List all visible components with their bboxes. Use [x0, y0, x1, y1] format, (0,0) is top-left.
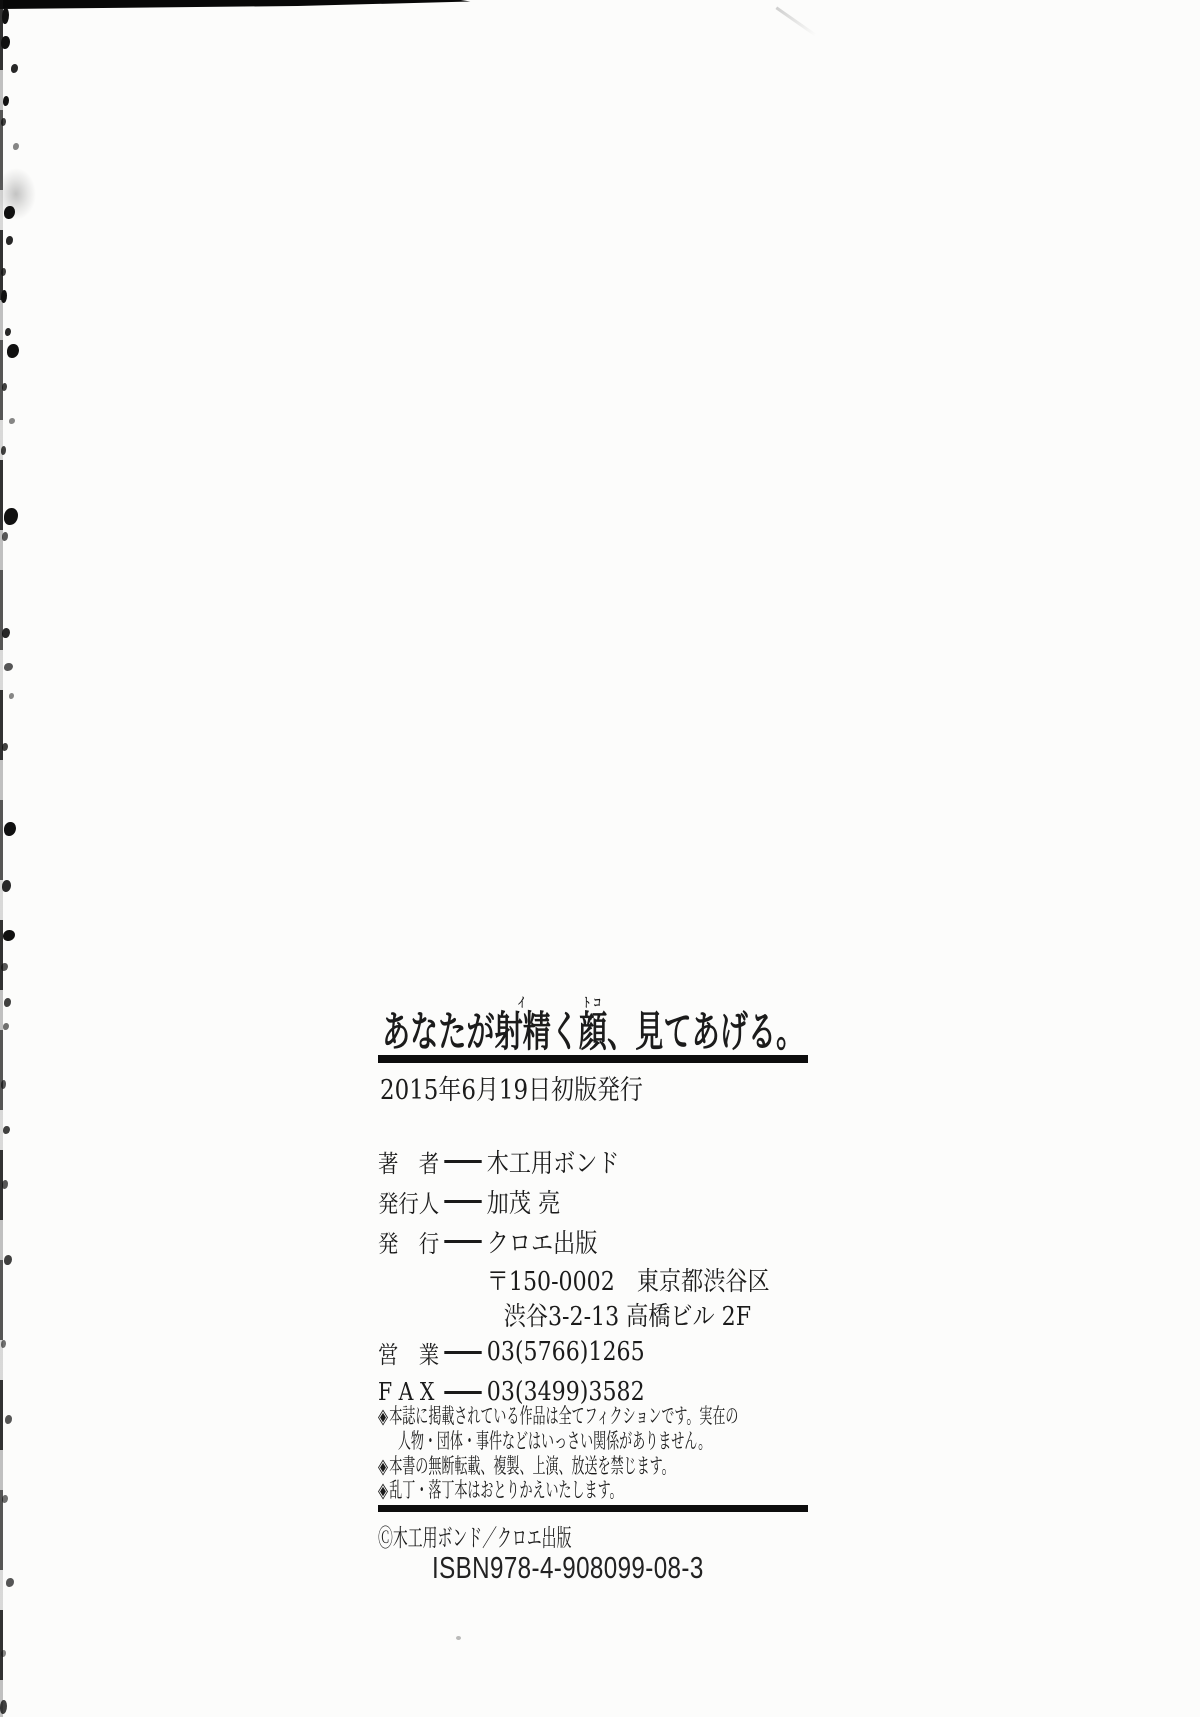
- scan-noise-blob: [1, 36, 10, 49]
- scan-noise-blob: [7, 344, 19, 358]
- scan-noise-blob: [1, 118, 6, 126]
- scan-noise-blob: [5, 1415, 12, 1424]
- publisher-address-line2: 渋谷3-2-13 高橋ビル 2F: [378, 1296, 751, 1332]
- dash-line: [444, 1391, 481, 1394]
- title-divider-rule: [378, 1055, 808, 1063]
- scan-noise-blob: [2, 383, 7, 391]
- scan-noise-blob: [9, 693, 14, 699]
- scan-noise-blob: [0, 1700, 7, 1714]
- diamond-bullet-icon: ◈: [378, 1478, 388, 1502]
- scan-noise-blob: [3, 1126, 10, 1134]
- note-fiction-disclaimer-cont: 人物・団体・事件などはいっさい関係がありません。: [378, 1429, 711, 1454]
- note-text: 乱丁・落丁本はおとりかえいたします。: [389, 1478, 622, 1502]
- scan-noise-blob: [4, 822, 16, 836]
- title-ruby-base: 顔: [579, 1007, 607, 1056]
- diamond-bullet-icon: ◈: [378, 1454, 388, 1478]
- scan-noise-blob: [2, 1495, 8, 1503]
- title-ruby-base: 射精: [495, 1007, 551, 1056]
- colophon-row-publisher: 発 行 クロエ出版: [378, 1223, 597, 1259]
- row-value: 加茂 亮: [487, 1183, 560, 1220]
- colophon-row-author: 著 者 木工用ボンド: [378, 1143, 619, 1179]
- scan-noise-blob: [13, 143, 19, 150]
- note-defective-copies: ◈乱丁・落丁本はおとりかえいたします。: [378, 1478, 623, 1503]
- scan-noise-blob: [3, 1023, 9, 1030]
- scan-noise-blob: [2, 743, 8, 751]
- scan-noise-blob: [3, 96, 9, 106]
- note-text: 本誌に掲載されている作品は全てフィクションです。実在の: [389, 1404, 738, 1428]
- isbn-number: ISBN978-4-908099-08-3: [432, 1550, 704, 1586]
- scan-noise-blob: [5, 328, 11, 336]
- scan-noise-blob: [1, 1340, 6, 1348]
- scan-noise-blob: [3, 930, 15, 941]
- scan-noise-blob: [2, 1180, 8, 1189]
- scan-scratch: [775, 7, 816, 37]
- scan-speck: [456, 1636, 461, 1640]
- dash-line: [444, 1240, 481, 1243]
- scan-noise-blob: [4, 998, 11, 1007]
- scan-noise-blob: [2, 628, 10, 638]
- edition-date: 2015年6月19日初版発行: [380, 1068, 643, 1107]
- note-text: 人物・団体・事件などはいっさい関係がありません。: [398, 1429, 711, 1453]
- publisher-address-line1: 〒150-0002 東京都渋谷区: [378, 1261, 770, 1297]
- scan-noise-blob: [1, 446, 6, 455]
- colophon-page: あなたが射精イく顔トコ、見てあげる。 2015年6月19日初版発行 著 者 木工…: [0, 0, 1200, 1717]
- scan-noise-blob: [11, 64, 18, 73]
- row-value: 03(5766)1265: [487, 1337, 645, 1367]
- scan-noise-blob: [1, 1650, 6, 1657]
- note-text: 本書の無断転載、複製、上演、放送を禁じます。: [389, 1454, 674, 1478]
- scan-noise-blob: [2, 880, 11, 892]
- note-fiction-disclaimer: ◈本誌に掲載されている作品は全てフィクションです。実在の: [378, 1404, 738, 1429]
- scan-noise-blob: [4, 663, 13, 671]
- diamond-bullet-icon: ◈: [378, 1404, 388, 1428]
- row-label: 営 業: [378, 1335, 443, 1370]
- row-label: 発 行: [378, 1224, 443, 1259]
- title-ruby-text: イ: [495, 996, 551, 1011]
- title-ruby-text: トコ: [579, 996, 607, 1011]
- book-title: あなたが射精イく顔トコ、見てあげる。: [382, 996, 804, 1055]
- scan-edge-top: [0, 0, 480, 10]
- dash-line: [444, 1200, 481, 1203]
- scan-noise-blob: [1, 963, 8, 971]
- row-value: 木工用ボンド: [487, 1143, 620, 1180]
- scan-noise-blob: [1, 1080, 6, 1089]
- row-value: 03(3499)3582: [487, 1377, 645, 1407]
- scan-noise-blob: [6, 236, 13, 245]
- scan-noise-blob: [1, 290, 7, 303]
- scan-noise-blob: [4, 508, 18, 525]
- scan-noise-blob: [4, 1255, 12, 1265]
- scan-noise-blob: [9, 418, 15, 424]
- scan-edge-left: [0, 0, 3, 1717]
- scan-noise-blob: [1, 268, 6, 276]
- colophon-row-sales-phone: 営 業 03(5766)1265: [378, 1334, 645, 1370]
- title-ruby-ikuu: 射精イ: [495, 1007, 551, 1056]
- scan-noise-blob: [6, 1578, 14, 1587]
- row-label: 著 者: [378, 1144, 443, 1179]
- title-ruby-toko: 顔トコ: [579, 1007, 607, 1056]
- scan-noise-blob: [2, 8, 9, 24]
- note-no-reproduction: ◈本書の無断転載、複製、上演、放送を禁じます。: [378, 1454, 675, 1479]
- dash-line: [444, 1160, 481, 1163]
- title-segment: く: [551, 1007, 579, 1056]
- row-value: クロエ出版: [487, 1223, 598, 1260]
- dash-line: [444, 1351, 481, 1354]
- colophon-row-publisher-person: 発行人 加茂 亮: [378, 1183, 560, 1219]
- scan-noise-blob: [2, 532, 8, 541]
- bottom-divider-rule: [378, 1505, 808, 1512]
- row-label: F A X: [378, 1378, 443, 1406]
- title-segment: 、見てあげる。: [607, 1007, 804, 1056]
- row-label: 発行人: [378, 1184, 443, 1219]
- copyright-line: Ⓒ木工用ボンド／クロエ出版: [378, 1518, 571, 1553]
- title-segment: あなたが: [382, 1007, 495, 1056]
